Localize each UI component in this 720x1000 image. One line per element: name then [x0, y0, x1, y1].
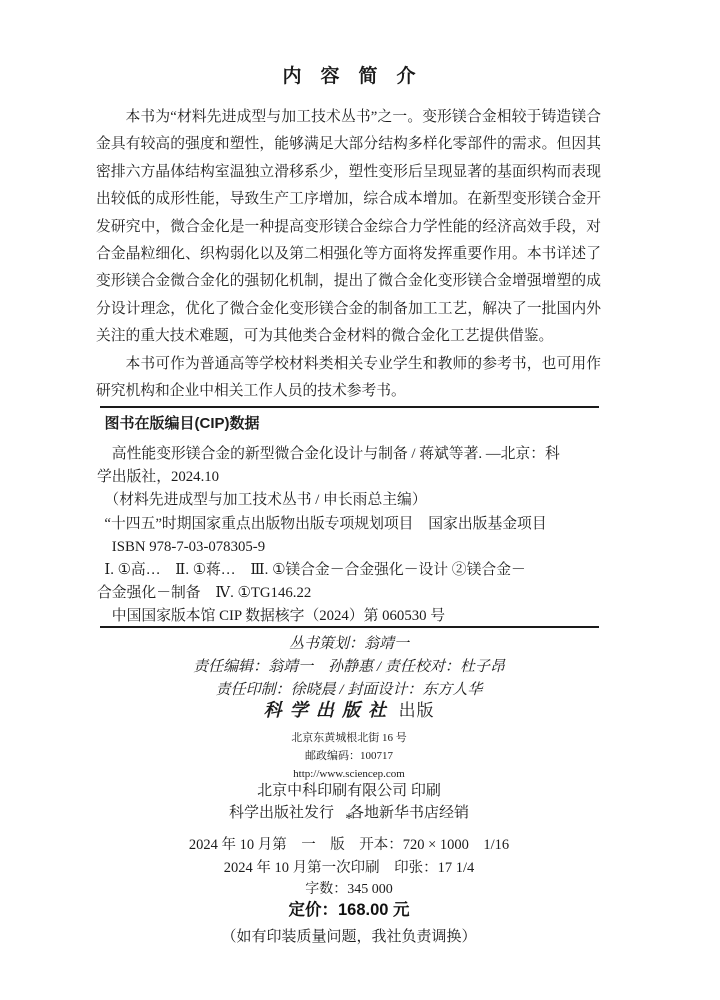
asterisk-divider: * — [97, 811, 601, 827]
edition-format-line: 2024 年 10 月第 一 版 开本：720 × 1000 1/16 — [97, 835, 601, 856]
responsible-editors-line: 责任编辑：翁靖一 孙静惠 / 责任校对：杜子昂 — [97, 656, 601, 679]
staff-credits: 丛书策划：翁靖一 责任编辑：翁靖一 孙静惠 / 责任校对：杜子昂 责任印制：徐晓… — [97, 633, 601, 702]
word-count-line: 字数：345 000 — [97, 880, 601, 900]
publisher-contact-block: 北京东黄城根北街 16 号 邮政编码：100717 http://www.sci… — [97, 729, 601, 783]
cip-data-block: 图书在版编目(CIP)数据 高性能变形镁合金的新型微合金化设计与制备 / 蒋斌等… — [97, 414, 601, 629]
cip-classification-line: Ⅰ. ①高… Ⅱ. ①蒋… Ⅲ. ①镁合金－合金强化－设计 ②镁合金－ — [97, 559, 601, 582]
cip-classification-line: 合金强化－制备 Ⅳ. ①TG146.22 — [97, 582, 601, 605]
intro-paragraph-2: 本书可作为普通高等学校材料类相关专业学生和教师的参考书，也可用作研究机构和企业中… — [96, 351, 601, 406]
cip-isbn-line: ISBN 978-7-03-078305-9 — [97, 536, 601, 559]
cip-heading: 图书在版编目(CIP)数据 — [97, 414, 601, 434]
publisher-imprint-label: 出版 — [399, 701, 435, 720]
publisher-postcode: 邮政编码：100717 — [97, 747, 601, 765]
price-line: 定价：168.00 元 — [97, 899, 601, 922]
quality-exchange-note: （如有印装质量问题，我社负责调换） — [97, 926, 601, 948]
printing-sheets-line: 2024 年 10 月第一次印刷 印张：17 1/4 — [97, 858, 601, 879]
printer-line: 北京中科印刷有限公司 印刷 — [97, 781, 601, 802]
content-summary: 本书为“材料先进成型与加工技术丛书”之一。变形镁合金相较于铸造镁合金具有较高的强… — [96, 104, 601, 405]
divider-line-top — [100, 406, 599, 408]
content-summary-title: 内 容 简 介 — [97, 63, 601, 91]
cip-line: （材料先进成型与加工技术丛书 / 申长雨总主编） — [97, 489, 601, 512]
intro-paragraph-1: 本书为“材料先进成型与加工技术丛书”之一。变形镁合金相较于铸造镁合金具有较高的强… — [96, 104, 601, 351]
cip-line: 高性能变形镁合金的新型微合金化设计与制备 / 蒋斌等著. —北京：科 — [97, 443, 601, 466]
series-planner-line: 丛书策划：翁靖一 — [97, 633, 601, 656]
publisher-address: 北京东黄城根北街 16 号 — [97, 729, 601, 747]
publisher-logo-text: 科学出版社 — [264, 700, 395, 720]
cip-line: “十四五”时期国家重点出版物出版专项规划项目 国家出版基金项目 — [97, 513, 601, 536]
book-copyright-page: 内 容 简 介 本书为“材料先进成型与加工技术丛书”之一。变形镁合金相较于铸造镁… — [0, 0, 720, 1000]
publisher-imprint-line: 科学出版社 出版 — [97, 698, 601, 723]
cip-line: 学出版社，2024.10 — [97, 466, 601, 489]
divider-line-bottom — [100, 626, 599, 628]
